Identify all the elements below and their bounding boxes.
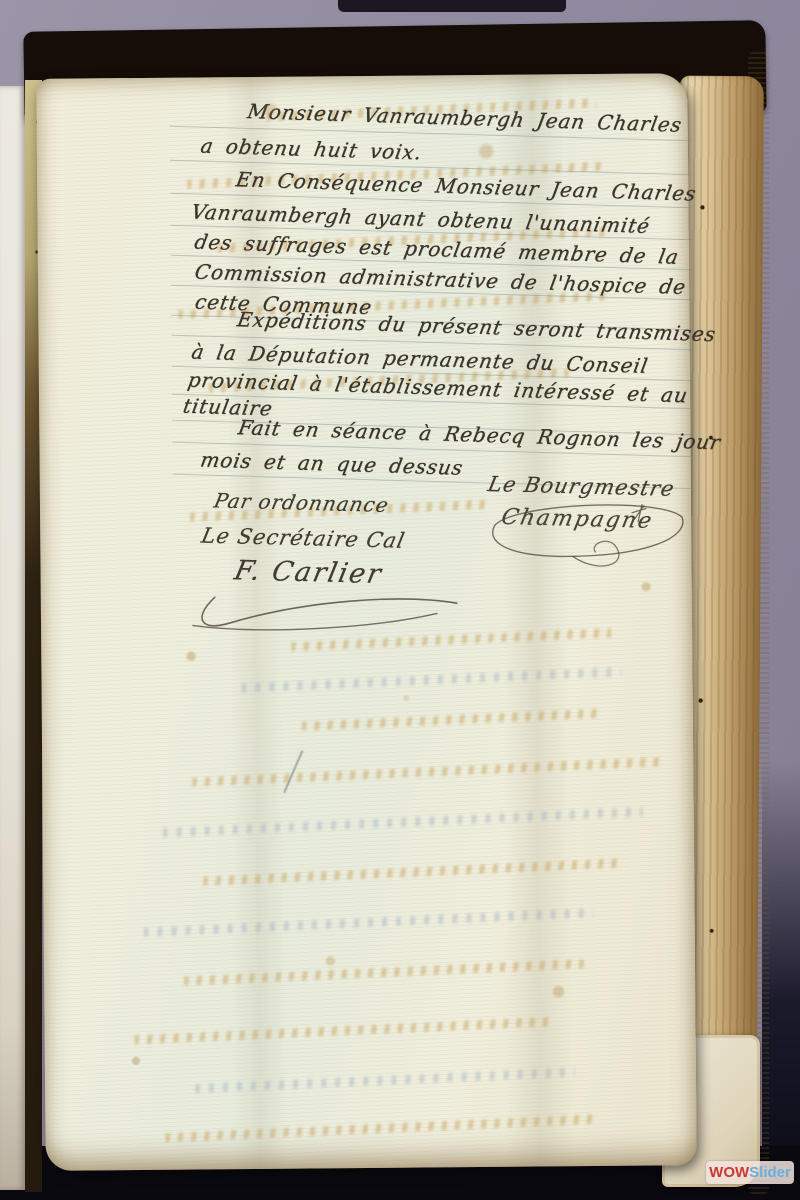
manuscript-page: Monsieur Vanraumbergh Jean Charles a obt…: [36, 73, 697, 1171]
wowslider-slider-text: Slider: [749, 1164, 791, 1181]
foxing-stains: [36, 73, 697, 1171]
facing-page-edge: [0, 86, 26, 1190]
background-shelf-edge: [338, 0, 566, 12]
wowslider-wow-text: WOW: [709, 1164, 749, 1181]
wowslider-watermark[interactable]: WOWSlider: [706, 1161, 794, 1184]
photo-stage: Monsieur Vanraumbergh Jean Charles a obt…: [0, 0, 800, 1200]
